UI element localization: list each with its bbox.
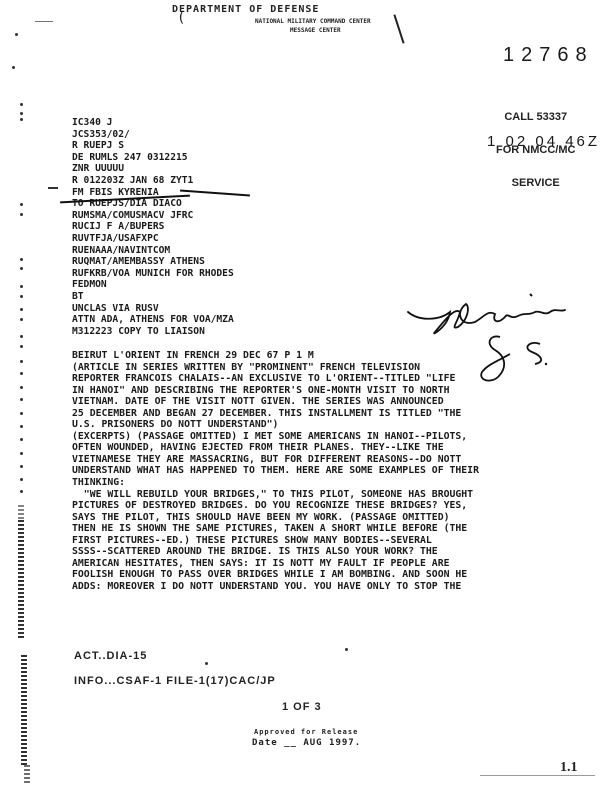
body-line: UNDERSTAND WHAT HAS HAPPENED TO THEM. HE… <box>72 465 479 477</box>
scan-margin-noise <box>24 765 30 785</box>
scan-speck <box>20 103 23 106</box>
header-command-center: NATIONAL MILITARY COMMAND CENTER <box>255 18 371 25</box>
scan-speck <box>345 648 348 651</box>
release-stamp-line2: Date __ AUG 1997. <box>252 738 361 748</box>
body-line: 25 DECEMBER AND BEGAN 27 DECEMBER. THIS … <box>72 408 479 420</box>
body-line: IN HANOI" AND DESCRIBING THE REPORTER'S … <box>72 385 479 397</box>
scan-speck <box>20 438 23 441</box>
scan-speck <box>20 335 23 338</box>
routing-line: FEDMON <box>72 279 234 291</box>
body-line: REPORTER FRANCOIS CHALAIS--AN EXCLUSIVE … <box>72 373 479 385</box>
scan-speck <box>20 203 23 206</box>
routing-line: RUVTFJA/USAFXPC <box>72 233 234 245</box>
routing-line: RUENAAA/NAVINTCOM <box>72 245 234 257</box>
scan-margin-noise <box>18 505 24 519</box>
scan-speck <box>20 412 23 415</box>
action-line: ACT..DIA-15 <box>74 650 147 662</box>
page-marker-underline <box>480 775 595 776</box>
body-line: THEN HE IS SHOWN THE SAME PICTURES, TAKE… <box>72 523 479 535</box>
scan-speck <box>20 267 23 270</box>
scan-speck <box>20 318 23 321</box>
body-line: BEIRUT L'ORIENT IN FRENCH 29 DEC 67 P 1 … <box>72 350 479 362</box>
release-stamp-line1: Approved for Release <box>254 728 358 736</box>
scan-speck <box>20 386 23 389</box>
call-line: SERVICE <box>496 178 575 189</box>
body-line: U.S. PRISONERS DO NOTT UNDERSTAND") <box>72 419 479 431</box>
scan-speck <box>20 112 23 115</box>
body-line: "WE WILL REBUILD YOUR BRIDGES," TO THIS … <box>72 489 479 501</box>
scan-speck <box>20 398 23 401</box>
body-line: VIETNAM. DATE OF THE VISIT NOTT GIVEN. T… <box>72 396 479 408</box>
document-number: 12768 <box>503 44 594 67</box>
scan-speck <box>20 295 23 298</box>
routing-line: RUFKRB/VOA MUNICH FOR RHODES <box>72 268 234 280</box>
routing-line: R RUEPJ S <box>72 140 234 152</box>
scan-speck <box>205 662 208 665</box>
body-line: ADDS: MOREOVER I DO NOTT UNDERSTAND YOU.… <box>72 581 479 593</box>
scan-speck <box>20 465 23 468</box>
scan-speck <box>20 452 23 455</box>
scan-speck <box>20 490 23 493</box>
dtg-stamp: 1 02 04 46Z <box>487 133 600 150</box>
body-line: VIETNAMESE THEY ARE MASSACRING, BUT FOR … <box>72 454 479 466</box>
routing-line: BT <box>72 291 234 303</box>
page-marker: 1.1 <box>560 760 578 776</box>
scan-margin-noise <box>18 520 24 640</box>
body-line: FIRST PICTURES--ED.) THESE PICTURES SHOW… <box>72 535 479 547</box>
info-line: INFO...CSAF-1 FILE-1(17)CAC/JP <box>74 675 276 687</box>
scan-speck <box>20 372 23 375</box>
scan-speck <box>20 213 23 216</box>
routing-line: JCS353/02/ <box>72 129 234 141</box>
page-counter: 1 OF 3 <box>282 701 322 713</box>
scan-speck <box>20 425 23 428</box>
body-line: AMERICAN HESITATES, THEN SAYS: IT IS NOT… <box>72 558 479 570</box>
routing-line: M312223 COPY TO LIAISON <box>72 326 234 338</box>
routing-line: UNCLAS VIA RUSV <box>72 303 234 315</box>
routing-line: RUQMAT/AMEMBASSY ATHENS <box>72 256 234 268</box>
routing-line: ATTN ADA, ATHENS FOR VOA/MZA <box>72 314 234 326</box>
scan-margin-noise <box>21 655 27 765</box>
routing-line: R 012203Z JAN 68 ZYT1 <box>72 175 234 187</box>
header-message-center: MESSAGE CENTER <box>290 27 341 34</box>
body-line: FOOLISH ENOUGH TO PASS OVER BRIDGES WHIL… <box>72 569 479 581</box>
call-line: CALL 53337 <box>496 112 575 123</box>
header-department: DEPARTMENT OF DEFENSE <box>172 4 319 15</box>
scan-speck <box>20 478 23 481</box>
scan-speck <box>20 258 23 261</box>
routing-line: ZNR UUUUU <box>72 163 234 175</box>
scan-speck <box>20 285 23 288</box>
routing-line: RUMSMA/COMUSMACV JFRC <box>72 210 234 222</box>
body-line: SSSS--SCATTERED AROUND THE BRIDGE. IS TH… <box>72 546 479 558</box>
routing-line: RUCIJ F A/BUPERS <box>72 221 234 233</box>
scan-speck <box>48 187 58 189</box>
routing-line: IC340 J <box>72 117 234 129</box>
header-slash-mark <box>393 14 404 43</box>
message-body: BEIRUT L'ORIENT IN FRENCH 29 DEC 67 P 1 … <box>72 350 479 592</box>
body-line: (EXCERPTS) (PASSAGE OMITTED) I MET SOME … <box>72 431 479 443</box>
body-line: THINKING: <box>72 477 479 489</box>
scan-speck <box>20 360 23 363</box>
scan-speck <box>20 308 23 311</box>
body-line: SAYS THE PILOT, THIS SHOULD HAVE BEEN MY… <box>72 512 479 524</box>
scan-speck <box>15 33 18 36</box>
routing-block: IC340 JJCS353/02/R RUEPJ SDE RUMLS 247 0… <box>72 117 234 337</box>
scan-speck <box>35 21 53 22</box>
body-line: PICTURES OF DESTROYED BRIDGES. DO YOU RE… <box>72 500 479 512</box>
scan-speck <box>20 118 23 121</box>
scan-speck <box>12 66 15 69</box>
body-line: (ARTICLE IN SERIES WRITTEN BY "PROMINENT… <box>72 362 479 374</box>
scan-speck <box>20 345 23 348</box>
body-line: OFTEN WOUNDED, HAVING EJECTED FROM THEIR… <box>72 442 479 454</box>
routing-line: DE RUMLS 247 0312215 <box>72 152 234 164</box>
